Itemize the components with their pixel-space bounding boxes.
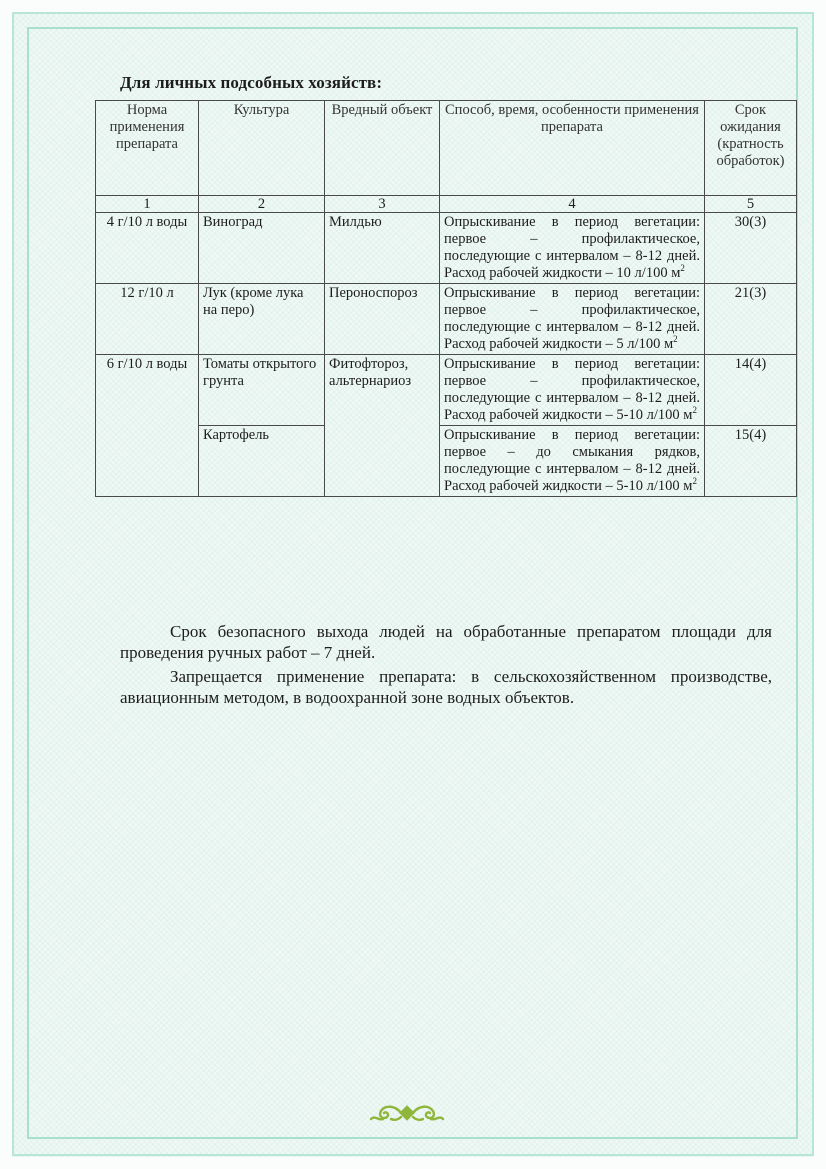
- table-row: 4 г/10 л воды Виноград Милдью Опрыскиван…: [96, 213, 797, 284]
- crop-cell: Лук (кроме лука на перо): [199, 284, 325, 355]
- column-number: 5: [705, 196, 797, 213]
- header-waiting: Срок ожидания (кратность обработок): [705, 101, 797, 196]
- column-number: 1: [96, 196, 199, 213]
- table-row: 12 г/10 л Лук (кроме лука на перо) Перон…: [96, 284, 797, 355]
- application-table: Норма применения препарата Культура Вред…: [95, 100, 797, 497]
- crop-cell: Картофель: [199, 426, 325, 497]
- header-crop: Культура: [199, 101, 325, 196]
- waiting-cell: 15(4): [705, 426, 797, 497]
- prohibition-paragraph: Запрещается применение препарата: в сель…: [120, 666, 772, 708]
- column-number: 2: [199, 196, 325, 213]
- method-cell: Опрыскивание в период вегетации: первое …: [440, 213, 705, 284]
- safe-exit-paragraph: Срок безопасного выхода людей на обработ…: [120, 621, 772, 663]
- pest-cell: Фитофтороз, альтернариоз: [325, 355, 440, 497]
- waiting-cell: 14(4): [705, 355, 797, 426]
- table-header-row: Норма применения препарата Культура Вред…: [96, 101, 797, 196]
- pest-cell: Милдью: [325, 213, 440, 284]
- section-heading: Для личных подсобных хозяйств:: [120, 73, 382, 93]
- column-number: 3: [325, 196, 440, 213]
- norm-cell: 6 г/10 л воды: [96, 355, 199, 497]
- method-cell: Опрыскивание в период вегетации: первое …: [440, 284, 705, 355]
- waiting-cell: 21(3): [705, 284, 797, 355]
- header-method: Способ, время, особенности применения пр…: [440, 101, 705, 196]
- method-cell: Опрыскивание в период вегетации: первое …: [440, 355, 705, 426]
- norm-cell: 4 г/10 л воды: [96, 213, 199, 284]
- column-number-row: 1 2 3 4 5: [96, 196, 797, 213]
- header-pest: Вредный объект: [325, 101, 440, 196]
- norm-cell: 12 г/10 л: [96, 284, 199, 355]
- ornament-icon: [367, 1101, 447, 1123]
- table-row: 6 г/10 л воды Томаты открытого грунта Фи…: [96, 355, 797, 426]
- waiting-cell: 30(3): [705, 213, 797, 284]
- pest-cell: Пероноспороз: [325, 284, 440, 355]
- crop-cell: Виноград: [199, 213, 325, 284]
- column-number: 4: [440, 196, 705, 213]
- method-cell: Опрыскивание в период вегетации: первое …: [440, 426, 705, 497]
- body-text: Срок безопасного выхода людей на обработ…: [120, 621, 772, 708]
- header-norm: Норма применения препарата: [96, 101, 199, 196]
- table-row: Картофель Опрыскивание в период вегетаци…: [96, 426, 797, 497]
- crop-cell: Томаты открытого грунта: [199, 355, 325, 426]
